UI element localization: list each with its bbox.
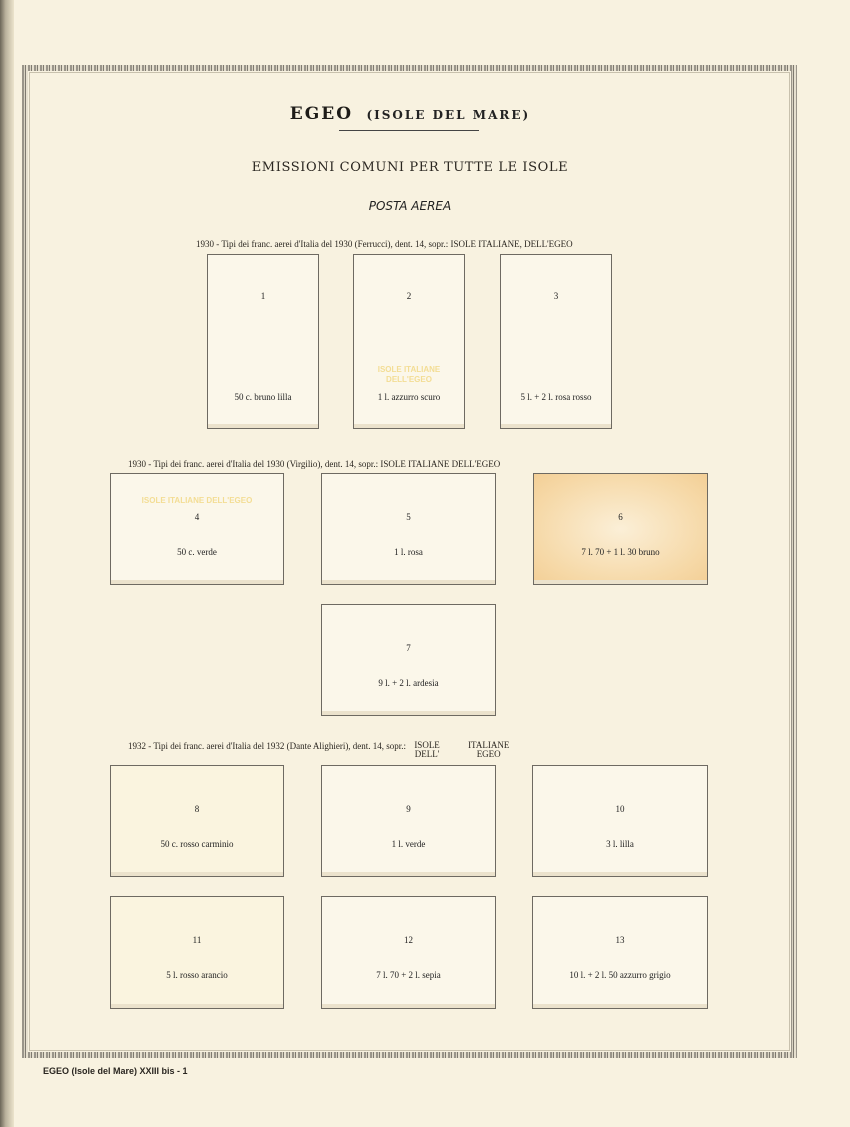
overprint-dell: DELL' [415,749,440,759]
stamp-space-6[interactable]: 6 7 l. 70 + 1 l. 30 bruno [533,473,708,585]
page-footer: EGEO (Isole del Mare) XXIII bis - 1 [43,1066,188,1076]
overprint-ghost: ISOLE ITALIANE DELL'EGEO [354,365,464,385]
stamp-space-1[interactable]: 1 50 c. bruno lilla [207,254,319,429]
stamp-number: 8 [111,804,283,814]
caption-text: 1932 - Tipi dei franc. aerei d'Italia de… [128,741,406,751]
stamp-space-8[interactable]: 8 50 c. rosso carminio [110,765,284,877]
stamp-number: 12 [322,935,495,945]
stamp-space-2[interactable]: 2 ISOLE ITALIANE DELL'EGEO 1 l. azzurro … [353,254,465,429]
overprint-left: ISOLE DELL' [414,741,440,759]
stamp-description: 10 l. + 2 l. 50 azzurro grigio [533,970,707,980]
group-caption-1930-ferrucci: 1930 - Tipi dei franc. aerei d'Italia de… [196,239,573,249]
stamp-number: 1 [208,291,318,301]
stamp-description: 1 l. rosa [322,547,495,557]
stamp-space-9[interactable]: 9 1 l. verde [321,765,496,877]
stamp-space-3[interactable]: 3 5 l. + 2 l. rosa rosso [500,254,612,429]
stamp-description: 50 c. rosso carminio [111,839,283,849]
page-title: EGEO (ISOLE DEL MARE) [0,104,820,124]
stamp-description: 9 l. + 2 l. ardesia [322,678,495,688]
page-heading: EMISSIONI COMUNI PER TUTTE LE ISOLE [0,160,820,175]
stamp-number: 7 [322,643,495,653]
group-caption-1930-virgilio: 1930 - Tipi dei franc. aerei d'Italia de… [128,459,500,469]
overprint-ghost: ISOLE ITALIANE DELL'EGEO [111,496,283,506]
stamp-space-12[interactable]: 12 7 l. 70 + 2 l. sepia [321,896,496,1009]
stamp-description: 1 l. verde [322,839,495,849]
stamp-number: 3 [501,291,611,301]
stamp-description: 3 l. lilla [533,839,707,849]
title-main: EGEO [290,104,353,124]
stamp-description: 1 l. azzurro scuro [354,392,464,402]
stamp-description: 7 l. 70 + 2 l. sepia [322,970,495,980]
stamp-space-13[interactable]: 13 10 l. + 2 l. 50 azzurro grigio [532,896,708,1009]
section-title: POSTA AEREA [0,199,820,213]
stamp-space-5[interactable]: 5 1 l. rosa [321,473,496,585]
overprint-right: ITALIANE EGEO [468,741,509,759]
stamp-number: 4 [111,512,283,522]
stamp-number: 13 [533,935,707,945]
group-caption-1932-dante: 1932 - Tipi dei franc. aerei d'Italia de… [128,741,509,759]
stamp-description: 50 c. verde [111,547,283,557]
title-divider [339,130,479,131]
stamp-number: 9 [322,804,495,814]
stamp-space-4[interactable]: ISOLE ITALIANE DELL'EGEO 4 50 c. verde [110,473,284,585]
stamp-number: 10 [533,804,707,814]
stamp-space-11[interactable]: 11 5 l. rosso arancio [110,896,284,1009]
stamp-space-7[interactable]: 7 9 l. + 2 l. ardesia [321,604,496,716]
stamp-number: 2 [354,291,464,301]
stamp-description: 50 c. bruno lilla [208,392,318,402]
stamp-number: 11 [111,935,283,945]
title-sub: (ISOLE DEL MARE) [366,108,530,122]
stamp-number: 6 [534,512,707,522]
stamp-space-10[interactable]: 10 3 l. lilla [532,765,708,877]
stamp-description: 5 l. + 2 l. rosa rosso [501,392,611,402]
stamp-number: 5 [322,512,495,522]
stamp-description: 5 l. rosso arancio [111,970,283,980]
stamp-description: 7 l. 70 + 1 l. 30 bruno [534,547,707,557]
overprint-egeo: EGEO [477,749,501,759]
